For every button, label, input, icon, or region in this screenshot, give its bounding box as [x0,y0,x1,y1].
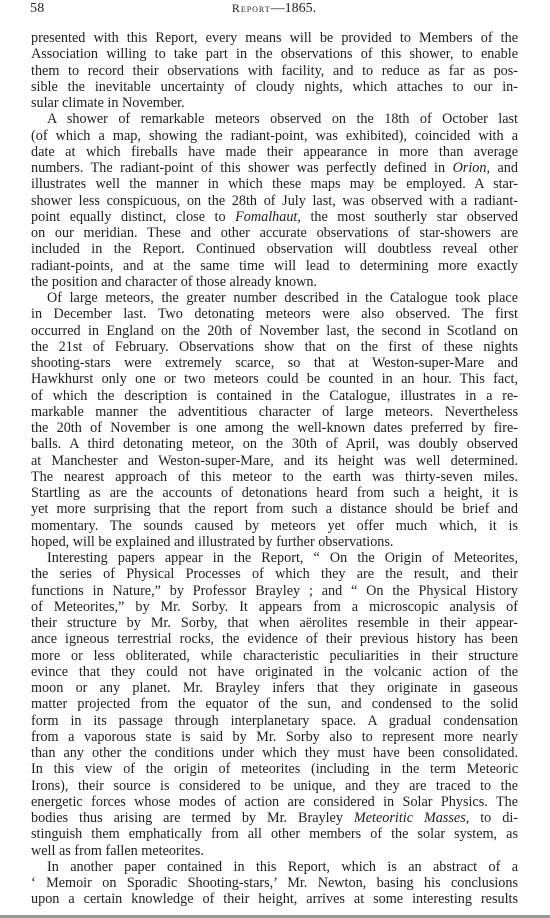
line-text: ance igneous terrestrial rocks, the evid… [31,631,518,647]
paragraph-first-line: Interesting papers appear in the Report,… [31,550,518,566]
text-line: Association willing to take part in the … [31,46,518,62]
line-text-post: , the most southerly star observed [297,209,518,225]
line-text: numbers. The radiant-point of this showe… [31,160,518,176]
line-text-post: , to di- [466,810,518,826]
italic-term: Fomalhaut [235,209,297,225]
line-text: than any other the conditions under whic… [31,745,518,761]
line-text: markable manner the adventitious charact… [31,404,518,420]
text-line: hoped, will be explained and illustrated… [31,534,518,550]
text-line: evince that they could not have originat… [31,664,518,680]
line-text: upon a certain knowledge of their height… [31,891,518,907]
text-line: markable manner the adventitious charact… [31,404,518,420]
line-text: from a vaporous state is said by Mr. Sor… [31,729,518,745]
line-text: sible the inevitable uncertainty of clou… [31,79,518,95]
line-text: at Manchester and Weston-super-Mare, and… [31,453,518,469]
text-line: presented with this Report, every means … [31,30,518,46]
line-text: shower less conspicuous, on the 28th of … [31,193,518,209]
line-text: hoped, will be explained and illustrated… [31,534,518,550]
text-line: numbers. The radiant-point of this showe… [31,160,518,176]
line-text-pre: numbers. The radiant-point of this showe… [31,160,453,176]
line-text: occurred in England on the 20th of Novem… [31,323,518,339]
text-line: Startling as are the accounts of detonat… [31,485,518,501]
text-line: Irons), their source is considered to be… [31,778,518,794]
text-line: moon or any planet. Mr. Brayley infers t… [31,680,518,696]
line-text: In another paper contained in this Repor… [31,859,518,875]
text-line: energetic forces whose modes of action a… [31,794,518,810]
line-text: the 21st of February. Observations show … [31,339,518,355]
line-text: sular climate in November. [31,95,518,111]
line-text: In this view of the origin of meteorites… [31,761,518,777]
running-head-title: Report [232,1,271,15]
line-text: point equally distinct, close to Fomalha… [31,209,518,225]
body-text: presented with this Report, every means … [31,30,518,908]
line-text: (of which a map, showing the radiant-poi… [31,128,518,144]
text-line: bodies thus arising are termed by Mr. Br… [31,810,518,826]
line-text: the 20th of November is one among the we… [31,420,518,436]
text-line: matter projected from the equator of the… [31,696,518,712]
text-line: point equally distinct, close to Fomalha… [31,209,518,225]
line-text-pre: bodies thus arising are termed by Mr. Br… [31,810,354,826]
text-line: ‘ Memoir on Sporadic Shooting-stars,’ Mr… [31,875,518,891]
paragraph-first-line: Of large meteors, the greater number des… [31,290,518,306]
text-line: sible the inevitable uncertainty of clou… [31,79,518,95]
text-line: from a vaporous state is said by Mr. Sor… [31,729,518,745]
text-line: In this view of the origin of meteorites… [31,761,518,777]
text-line: at Manchester and Weston-super-Mare, and… [31,453,518,469]
text-line: the position and character of those alre… [31,274,518,290]
text-line: shower less conspicuous, on the 28th of … [31,193,518,209]
line-text: of which the description is contained in… [31,388,518,404]
line-text: the position and character of those alre… [31,274,518,290]
text-line: occurred in England on the 20th of Novem… [31,323,518,339]
line-text: Irons), their source is considered to be… [31,778,518,794]
line-text: on our meridian. These and other accurat… [31,225,518,241]
line-text: The nearest approach of this meteor to t… [31,469,518,485]
text-line: Hawkhurst only one or two meteors could … [31,371,518,387]
text-line: shooting-stars were extremely scarce, so… [31,355,518,371]
text-line: upon a certain knowledge of their height… [31,891,518,907]
text-line: on our meridian. These and other accurat… [31,225,518,241]
line-text: them to record their observations with f… [31,63,518,79]
text-line: illustrates well the manner in which the… [31,176,518,192]
line-text: their structure by Mr. Sorby, that when … [31,615,518,631]
text-line: functions in Nature,” by Professor Brayl… [31,583,518,599]
line-text: in December last. Two detonating meteors… [31,306,518,322]
text-line: the 21st of February. Observations show … [31,339,518,355]
line-text: momentary. The sounds caused by meteors … [31,518,518,534]
line-text: Interesting papers appear in the Report,… [31,550,518,566]
running-head: Report—1865. [30,1,518,17]
text-line: more or less obliterated, while characte… [31,648,518,664]
line-text: matter projected from the equator of the… [31,696,518,712]
text-line: the 20th of November is one among the we… [31,420,518,436]
text-line: their structure by Mr. Sorby, that when … [31,615,518,631]
running-head-year: —1865. [271,1,317,16]
line-text: yet more surprising that the report from… [31,501,518,517]
line-text: presented with this Report, every means … [31,30,518,46]
line-text: Hawkhurst only one or two meteors could … [31,371,518,387]
line-text: evince that they could not have originat… [31,664,518,680]
line-text: Startling as are the accounts of detonat… [31,485,518,501]
line-text: the series of Physical Processes of whic… [31,566,518,582]
line-text: moon or any planet. Mr. Brayley infers t… [31,680,518,696]
text-line: well as from fallen meteorites. [31,843,518,859]
line-text: energetic forces whose modes of action a… [31,794,518,810]
text-line: of which the description is contained in… [31,388,518,404]
page-header: 58 Report—1865. [30,0,518,18]
line-text: well as from fallen meteorites. [31,843,518,859]
document-page: 58 Report—1865. presented with this Repo… [0,0,550,918]
text-line: The nearest approach of this meteor to t… [31,469,518,485]
line-text: radiant-points, and at the same time wil… [31,258,518,274]
line-text: form in its passage through interplaneta… [31,713,518,729]
text-line: included in the Report. Continued observ… [31,241,518,257]
line-text: of Meteorites,” by Mr. Sorby. It appears… [31,599,518,615]
text-line: the series of Physical Processes of whic… [31,566,518,582]
text-line: radiant-points, and at the same time wil… [31,258,518,274]
line-text: date at which fireballs have made their … [31,144,518,160]
text-line: than any other the conditions under whic… [31,745,518,761]
line-text: bodies thus arising are termed by Mr. Br… [31,810,518,826]
italic-term: Orion [453,160,487,176]
line-text: illustrates well the manner in which the… [31,176,518,192]
text-line: momentary. The sounds caused by meteors … [31,518,518,534]
text-line: them to record their observations with f… [31,63,518,79]
text-line: (of which a map, showing the radiant-poi… [31,128,518,144]
line-text: balls. A third detonating meteor, on the… [31,436,518,452]
line-text: more or less obliterated, while characte… [31,648,518,664]
line-text: functions in Nature,” by Professor Brayl… [31,583,518,599]
text-line: yet more surprising that the report from… [31,501,518,517]
paragraph-first-line: In another paper contained in this Repor… [31,859,518,875]
text-line: sular climate in November. [31,95,518,111]
line-text: ‘ Memoir on Sporadic Shooting-stars,’ Mr… [31,875,518,891]
text-line: in December last. Two detonating meteors… [31,306,518,322]
line-text: stinguish them emphatically from all oth… [31,826,518,842]
paragraph-first-line: A shower of remarkable meteors observed … [31,111,518,127]
text-line: form in its passage through interplaneta… [31,713,518,729]
text-line: date at which fireballs have made their … [31,144,518,160]
text-line: of Meteorites,” by Mr. Sorby. It appears… [31,599,518,615]
text-line: stinguish them emphatically from all oth… [31,826,518,842]
text-line: ance igneous terrestrial rocks, the evid… [31,631,518,647]
line-text-pre: point equally distinct, close to [31,209,235,225]
line-text: A shower of remarkable meteors observed … [31,111,518,127]
line-text: included in the Report. Continued observ… [31,241,518,257]
line-text: Of large meteors, the greater number des… [31,290,518,306]
text-line: balls. A third detonating meteor, on the… [31,436,518,452]
line-text: Association willing to take part in the … [31,46,518,62]
line-text-post: , and [486,160,518,176]
line-text: shooting-stars were extremely scarce, so… [31,355,518,371]
italic-term: Meteoritic Masses [354,810,466,826]
